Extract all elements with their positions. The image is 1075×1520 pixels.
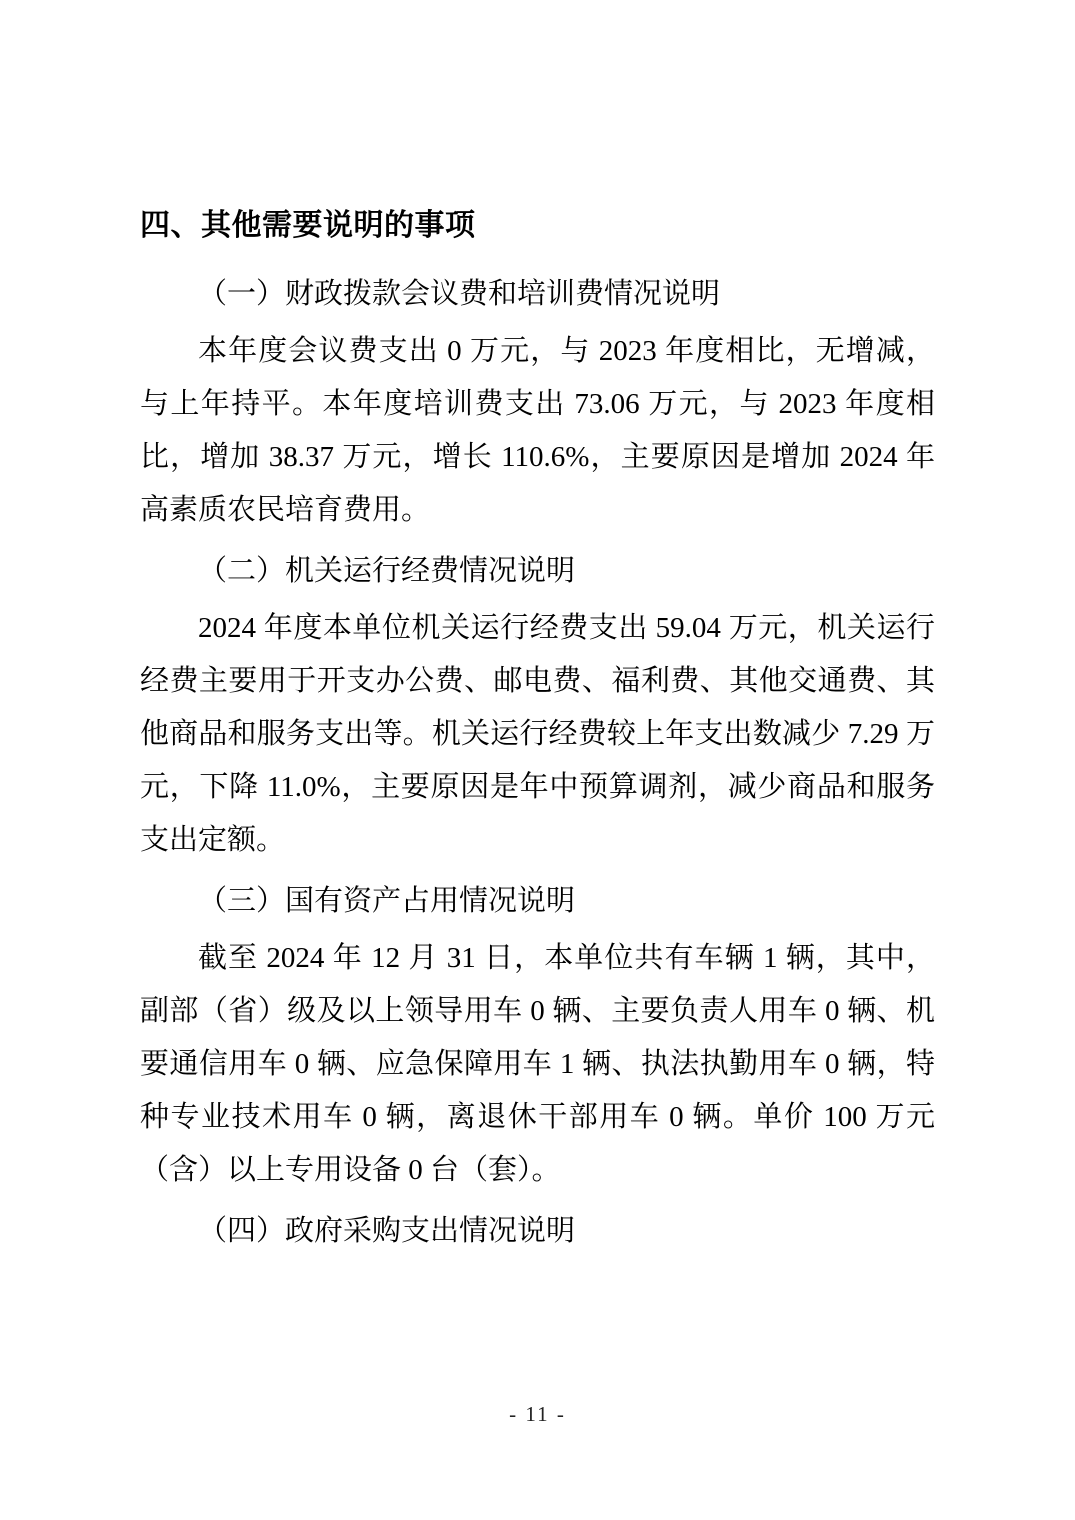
section-title: （四）政府采购支出情况说明 [140, 1205, 935, 1258]
sections-container: （一）财政拨款会议费和培训费情况说明 本年度会议费支出 0 万元，与 2023 … [140, 268, 935, 1258]
paragraph: 截至 2024 年 12 月 31 日，本单位共有车辆 1 辆，其中，副部（省）… [140, 932, 935, 1197]
document-section: （四）政府采购支出情况说明 [140, 1205, 935, 1258]
page-title: 四、其他需要说明的事项 [140, 204, 935, 248]
section-title: （三）国有资产占用情况说明 [140, 875, 935, 928]
page-footer: - 11 - [0, 1402, 1075, 1427]
document-page: 四、其他需要说明的事项 （一）财政拨款会议费和培训费情况说明 本年度会议费支出 … [140, 204, 935, 1262]
section-title: （一）财政拨款会议费和培训费情况说明 [140, 268, 935, 321]
section-paragraphs: 2024 年度本单位机关运行经费支出 59.04 万元，机关运行经费主要用于开支… [140, 602, 935, 867]
section-title: （二）机关运行经费情况说明 [140, 545, 935, 598]
section-paragraphs: 本年度会议费支出 0 万元，与 2023 年度相比，无增减，与上年持平。本年度培… [140, 325, 935, 537]
paragraph: 本年度会议费支出 0 万元，与 2023 年度相比，无增减，与上年持平。本年度培… [140, 325, 935, 537]
section-paragraphs: 截至 2024 年 12 月 31 日，本单位共有车辆 1 辆，其中，副部（省）… [140, 932, 935, 1197]
document-section: （三）国有资产占用情况说明 截至 2024 年 12 月 31 日，本单位共有车… [140, 875, 935, 1197]
page-number: - 11 - [509, 1402, 566, 1426]
document-section: （一）财政拨款会议费和培训费情况说明 本年度会议费支出 0 万元，与 2023 … [140, 268, 935, 537]
paragraph: 2024 年度本单位机关运行经费支出 59.04 万元，机关运行经费主要用于开支… [140, 602, 935, 867]
document-section: （二）机关运行经费情况说明 2024 年度本单位机关运行经费支出 59.04 万… [140, 545, 935, 867]
